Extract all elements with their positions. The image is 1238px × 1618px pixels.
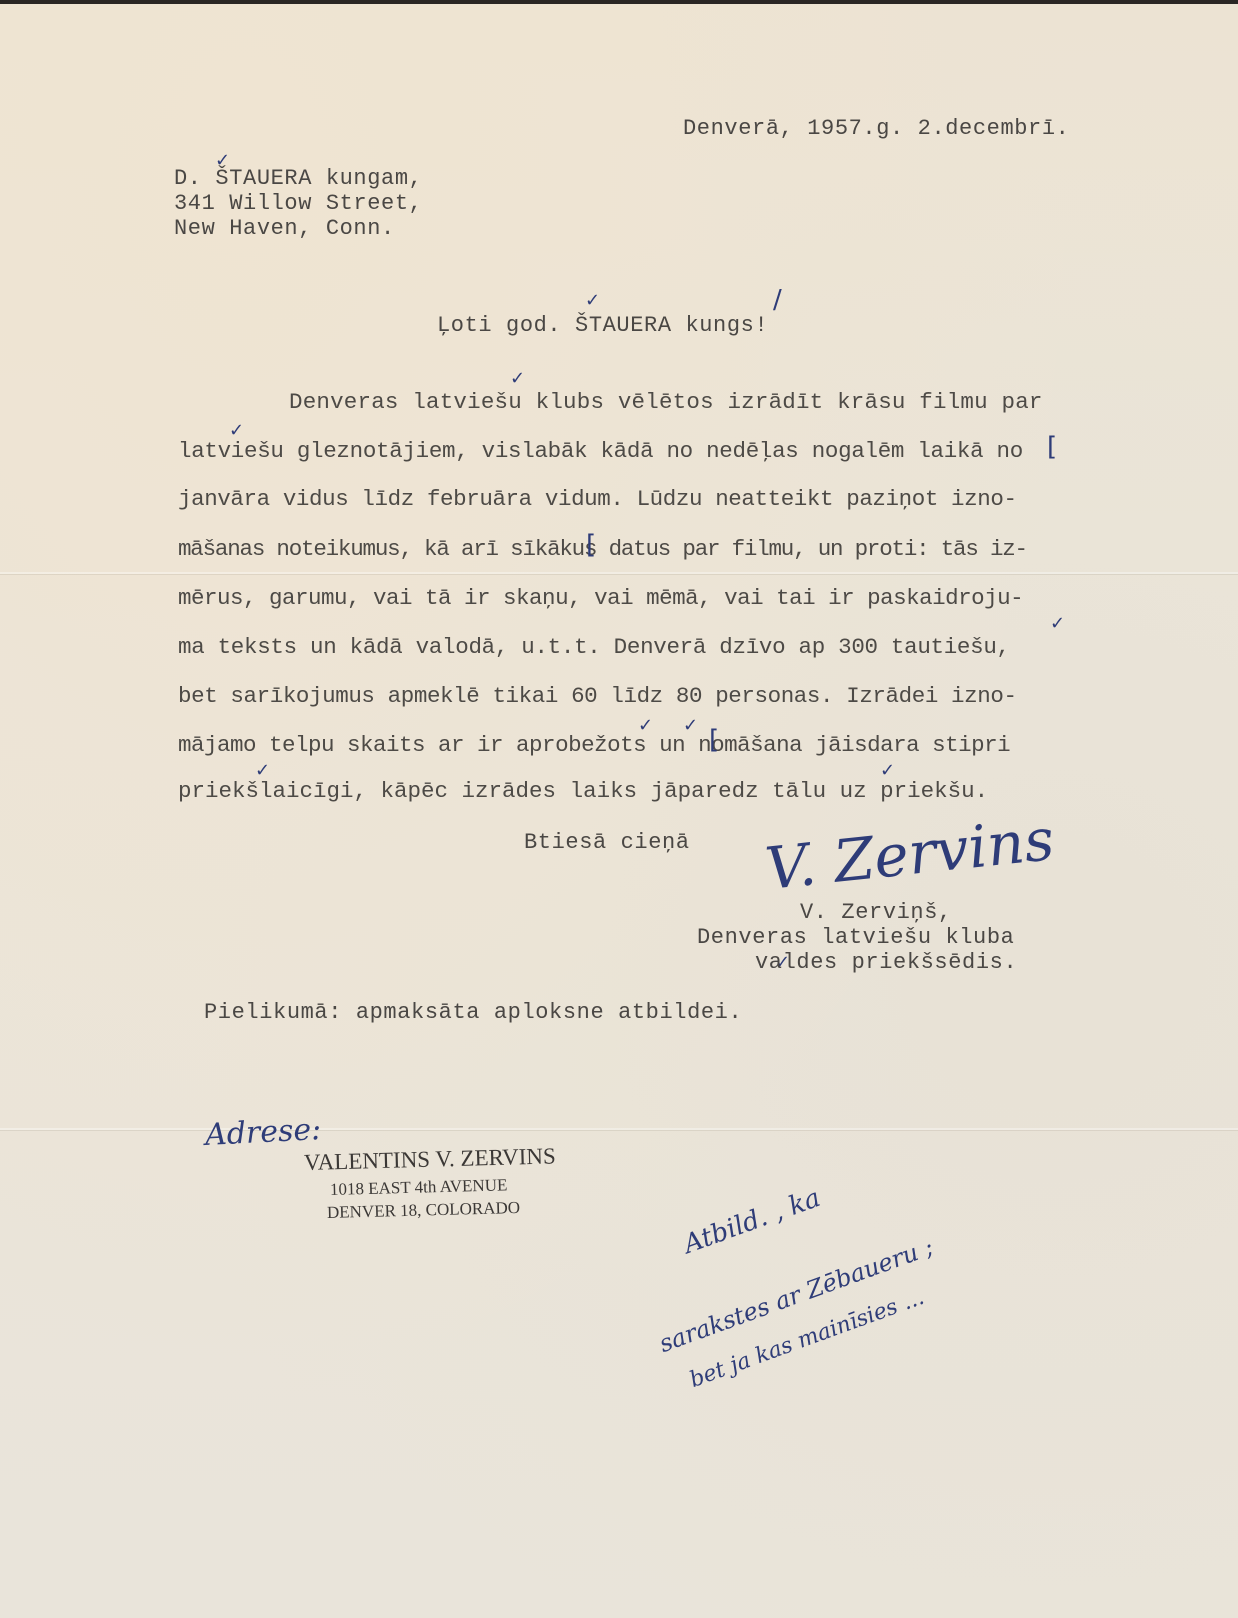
correction-stroke-icon: / bbox=[773, 285, 782, 315]
body-line: latviešu gleznotājiem, vislabāk kādā no … bbox=[178, 438, 1023, 464]
dateline: Denverā, 1957.g. 2.decembrī. bbox=[683, 118, 1069, 140]
body-line: mājamo telpu skaits ar ir aprobežots un … bbox=[178, 732, 1010, 758]
recipient-line: D. ŠTAUERA kungam, bbox=[174, 168, 422, 190]
closing: Btiesā cieņā bbox=[524, 832, 690, 854]
body-line: māšanas noteikumus, kā arī sīkākus datus… bbox=[178, 536, 1027, 562]
body-line: priekšlaicīgi, kāpēc izrādes laiks jāpar… bbox=[178, 778, 988, 804]
check-mark-icon: ✓ bbox=[229, 420, 244, 441]
body-line: ma teksts un kādā valodā, u.t.t. Denverā… bbox=[178, 634, 1010, 660]
fold-line bbox=[0, 572, 1238, 574]
handwritten-address-label: Adrese: bbox=[204, 1112, 322, 1153]
check-mark-icon: ✓ bbox=[638, 715, 653, 736]
signer-title: valdes priekšsēdis. bbox=[755, 952, 1017, 974]
recipient-line: 341 Willow Street, bbox=[174, 193, 422, 215]
check-mark-icon: ✓ bbox=[255, 760, 270, 781]
check-mark-icon: ✓ bbox=[880, 760, 895, 781]
salutation: Ļoti god. ŠTAUERA kungs! bbox=[437, 315, 768, 337]
enclosure-note: Pielikumā: apmaksāta aploksne atbildei. bbox=[204, 1002, 742, 1024]
recipient-line: New Haven, Conn. bbox=[174, 218, 395, 240]
correction-bracket-icon: [ bbox=[1047, 432, 1057, 462]
correction-bracket-icon: [ bbox=[586, 530, 596, 560]
check-mark-icon: ✓ bbox=[683, 715, 698, 736]
fold-line bbox=[0, 1128, 1238, 1130]
check-mark-icon: ✓ bbox=[215, 150, 230, 171]
body-line: Denveras latviešu klubs vēlētos izrādīt … bbox=[289, 389, 1043, 415]
check-mark-icon: ✓ bbox=[1050, 613, 1065, 634]
body-line: janvāra vidus līdz februāra vidum. Lūdzu… bbox=[178, 486, 1017, 512]
body-line: mērus, garumu, vai tā ir skaņu, vai mēmā… bbox=[178, 585, 1023, 611]
check-mark-icon: ✓ bbox=[585, 290, 600, 311]
letter-paper bbox=[0, 4, 1238, 1618]
correction-bracket-icon: [ bbox=[709, 725, 719, 755]
body-line: bet sarīkojumus apmeklē tikai 60 līdz 80… bbox=[178, 683, 1017, 709]
check-mark-icon: ✓ bbox=[510, 368, 525, 389]
signer-org: Denveras latviešu kluba bbox=[697, 927, 1014, 949]
signer-name: V. Zerviņš, bbox=[800, 902, 952, 924]
